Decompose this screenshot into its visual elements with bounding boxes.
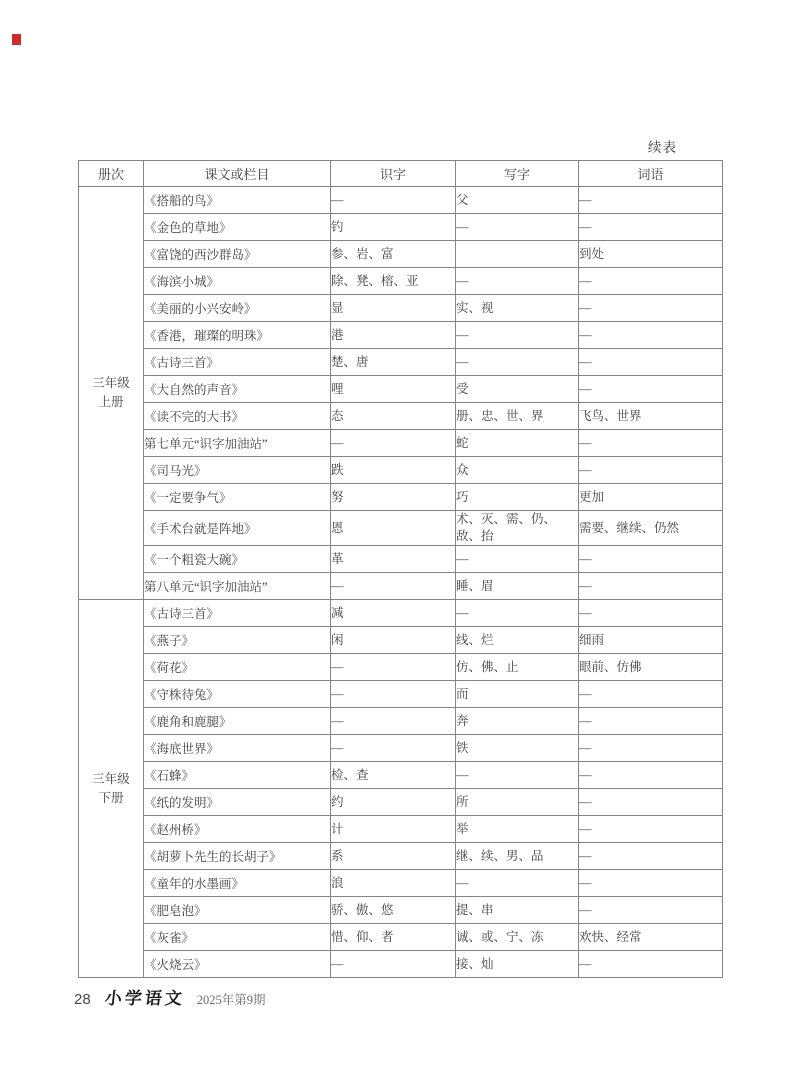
shizi-cell: 惜、仰、者 — [331, 924, 456, 951]
xiezi-cell: 奔 — [456, 708, 579, 735]
xiezi-cell: — — [456, 870, 579, 897]
ciyu-cell: — — [579, 214, 723, 241]
lesson-title-cell: 《大自然的声音》 — [144, 376, 331, 403]
shizi-cell: — — [331, 187, 456, 214]
shizi-cell: — — [331, 708, 456, 735]
lesson-title-cell: 《海底世界》 — [144, 735, 331, 762]
xiezi-cell: 睡、眉 — [456, 573, 579, 600]
ciyu-cell: — — [579, 457, 723, 484]
table-row: 《童年的水墨画》浪—— — [79, 870, 723, 897]
page-footer: 28 小学语文 2025年第9期 — [74, 984, 265, 1009]
shizi-cell: 骄、傲、悠 — [331, 897, 456, 924]
ciyu-cell: — — [579, 735, 723, 762]
xiezi-cell: 众 — [456, 457, 579, 484]
lesson-title-cell: 《石蜂》 — [144, 762, 331, 789]
ciyu-cell: — — [579, 789, 723, 816]
table-body: 三年级上册《搭船的鸟》—父—《金色的草地》钓——《富饶的西沙群岛》参、岩、富到处… — [79, 187, 723, 978]
xiezi-cell: 诚、或、宁、冻 — [456, 924, 579, 951]
lesson-title-cell: 《胡萝卜先生的长胡子》 — [144, 843, 331, 870]
shizi-cell: 跌 — [331, 457, 456, 484]
journal-issue: 2025年第9期 — [197, 990, 266, 1008]
shizi-cell: 显 — [331, 295, 456, 322]
table-row: 《古诗三首》楚、唐—— — [79, 349, 723, 376]
lesson-character-table: 册次课文或栏目识字写字词语 三年级上册《搭船的鸟》—父—《金色的草地》钓——《富… — [78, 160, 723, 978]
ciyu-cell: — — [579, 681, 723, 708]
shizi-cell: 闲 — [331, 627, 456, 654]
column-header-4: 词语 — [579, 161, 723, 187]
table-row: 《胡萝卜先生的长胡子》系继、续、男、品— — [79, 843, 723, 870]
lesson-title-cell: 《火烧云》 — [144, 951, 331, 978]
lesson-title-cell: 《燕子》 — [144, 627, 331, 654]
lesson-character-table-wrap: 册次课文或栏目识字写字词语 三年级上册《搭船的鸟》—父—《金色的草地》钓——《富… — [78, 160, 722, 978]
ciyu-cell: — — [579, 843, 723, 870]
xiezi-cell: 提、串 — [456, 897, 579, 924]
volume-line: 上册 — [79, 393, 143, 412]
lesson-title-cell: 《香港，璀璨的明珠》 — [144, 322, 331, 349]
shizi-cell: 港 — [331, 322, 456, 349]
xiezi-cell: 铁 — [456, 735, 579, 762]
shizi-cell: 态 — [331, 403, 456, 430]
table-row: 三年级下册《古诗三首》减—— — [79, 600, 723, 627]
table-row: 《纸的发明》约所— — [79, 789, 723, 816]
shizi-cell: 约 — [331, 789, 456, 816]
table-header-row: 册次课文或栏目识字写字词语 — [79, 161, 723, 187]
xiezi-cell — [456, 241, 579, 268]
table-row: 《金色的草地》钓—— — [79, 214, 723, 241]
shizi-cell: 系 — [331, 843, 456, 870]
shizi-cell: — — [331, 430, 456, 457]
lesson-title-cell: 《肥皂泡》 — [144, 897, 331, 924]
lesson-title-cell: 《鹿角和鹿腿》 — [144, 708, 331, 735]
xiezi-cell: 实、视 — [456, 295, 579, 322]
xiezi-cell: — — [456, 349, 579, 376]
ciyu-cell: — — [579, 268, 723, 295]
table-row: 《手术台就是阵地》恩术、灭、需、仍、敌、抬需要、继续、仍然 — [79, 511, 723, 546]
column-header-3: 写字 — [456, 161, 579, 187]
table-row: 《灰雀》惜、仰、者诚、或、宁、冻欢快、经常 — [79, 924, 723, 951]
lesson-title-cell: 《海滨小城》 — [144, 268, 331, 295]
continuation-table-label: 续表 — [648, 136, 677, 156]
shizi-cell: 楚、唐 — [331, 349, 456, 376]
table-row: 《火烧云》—接、灿— — [79, 951, 723, 978]
ciyu-cell: — — [579, 870, 723, 897]
lesson-title-cell: 《美丽的小兴安岭》 — [144, 295, 331, 322]
xiezi-cell: 父 — [456, 187, 579, 214]
shizi-cell: 减 — [331, 600, 456, 627]
ciyu-cell: 需要、继续、仍然 — [579, 511, 723, 546]
xiezi-cell: 仿、佛、止 — [456, 654, 579, 681]
shizi-cell: 除、凳、榕、亚 — [331, 268, 456, 295]
xiezi-cell: 继、续、男、品 — [456, 843, 579, 870]
xiezi-cell: 线、烂 — [456, 627, 579, 654]
xiezi-cell: 而 — [456, 681, 579, 708]
xiezi-cell: — — [456, 546, 579, 573]
ciyu-cell: 细雨 — [579, 627, 723, 654]
shizi-cell: 浪 — [331, 870, 456, 897]
ciyu-cell: — — [579, 897, 723, 924]
journal-page: 续表 册次课文或栏目识字写字词语 三年级上册《搭船的鸟》—父—《金色的草地》钓—… — [0, 0, 800, 1077]
column-header-0: 册次 — [79, 161, 144, 187]
lesson-title-cell: 《赵州桥》 — [144, 816, 331, 843]
shizi-cell: 钓 — [331, 214, 456, 241]
lesson-title-cell: 《富饶的西沙群岛》 — [144, 241, 331, 268]
journal-logo: 小学语文 — [103, 984, 186, 1009]
column-header-2: 识字 — [331, 161, 456, 187]
table-row: 《一定要争气》努巧更加 — [79, 484, 723, 511]
shizi-cell: 哩 — [331, 376, 456, 403]
ciyu-cell: — — [579, 187, 723, 214]
table-header: 册次课文或栏目识字写字词语 — [79, 161, 723, 187]
shizi-cell: 革 — [331, 546, 456, 573]
table-row: 《赵州桥》计举— — [79, 816, 723, 843]
ciyu-cell: — — [579, 951, 723, 978]
ciyu-cell: 眼前、仿佛 — [579, 654, 723, 681]
table-row: 《肥皂泡》骄、傲、悠提、串— — [79, 897, 723, 924]
table-row: 《石蜂》检、查—— — [79, 762, 723, 789]
volume-line: 三年级 — [79, 374, 143, 393]
xiezi-cell: — — [456, 762, 579, 789]
lesson-title-cell: 《司马光》 — [144, 457, 331, 484]
xiezi-cell: 举 — [456, 816, 579, 843]
shizi-cell: 计 — [331, 816, 456, 843]
shizi-cell: — — [331, 681, 456, 708]
table-row: 第七单元“识字加油站”—蛇— — [79, 430, 723, 457]
lesson-title-cell: 《一个粗瓷大碗》 — [144, 546, 331, 573]
table-row: 《美丽的小兴安岭》显实、视— — [79, 295, 723, 322]
shizi-cell: 努 — [331, 484, 456, 511]
column-header-1: 课文或栏目 — [144, 161, 331, 187]
ciyu-cell: — — [579, 546, 723, 573]
table-row: 第八单元“识字加油站”—睡、眉— — [79, 573, 723, 600]
xiezi-cell: — — [456, 600, 579, 627]
lesson-title-cell: 《守株待兔》 — [144, 681, 331, 708]
ciyu-cell: 更加 — [579, 484, 723, 511]
lesson-title-cell: 《手术台就是阵地》 — [144, 511, 331, 546]
xiezi-cell: 术、灭、需、仍、敌、抬 — [456, 511, 579, 546]
shizi-cell: 检、查 — [331, 762, 456, 789]
lesson-title-cell: 《荷花》 — [144, 654, 331, 681]
lesson-title-cell: 《读不完的大书》 — [144, 403, 331, 430]
ciyu-cell: 到处 — [579, 241, 723, 268]
lesson-title-cell: 《一定要争气》 — [144, 484, 331, 511]
shizi-cell: — — [331, 735, 456, 762]
ciyu-cell: — — [579, 816, 723, 843]
volume-line: 三年级 — [79, 770, 143, 789]
table-row: 《海滨小城》除、凳、榕、亚—— — [79, 268, 723, 295]
lesson-title-cell: 《搭船的鸟》 — [144, 187, 331, 214]
lesson-title-cell: 《金色的草地》 — [144, 214, 331, 241]
lesson-title-cell: 第八单元“识字加油站” — [144, 573, 331, 600]
ciyu-cell: — — [579, 762, 723, 789]
xiezi-cell: — — [456, 322, 579, 349]
xiezi-cell: 册、忠、世、界 — [456, 403, 579, 430]
table-row: 《司马光》跌众— — [79, 457, 723, 484]
ciyu-cell: — — [579, 600, 723, 627]
table-row: 三年级上册《搭船的鸟》—父— — [79, 187, 723, 214]
table-row: 《荷花》—仿、佛、止眼前、仿佛 — [79, 654, 723, 681]
xiezi-cell: 接、灿 — [456, 951, 579, 978]
lesson-title-cell: 《灰雀》 — [144, 924, 331, 951]
ciyu-cell: 飞鸟、世界 — [579, 403, 723, 430]
ciyu-cell: — — [579, 573, 723, 600]
xiezi-cell: 蛇 — [456, 430, 579, 457]
table-row: 《一个粗瓷大碗》革—— — [79, 546, 723, 573]
red-corner-mark — [12, 34, 21, 45]
xiezi-cell: — — [456, 214, 579, 241]
xiezi-cell: 巧 — [456, 484, 579, 511]
xiezi-cell: 所 — [456, 789, 579, 816]
table-row: 《守株待兔》—而— — [79, 681, 723, 708]
volume-cell-1: 三年级下册 — [79, 600, 144, 978]
ciyu-cell: — — [579, 295, 723, 322]
table-row: 《大自然的声音》哩受— — [79, 376, 723, 403]
ciyu-cell: — — [579, 349, 723, 376]
table-row: 《海底世界》—铁— — [79, 735, 723, 762]
ciyu-cell: — — [579, 322, 723, 349]
lesson-title-cell: 第七单元“识字加油站” — [144, 430, 331, 457]
shizi-cell: 参、岩、富 — [331, 241, 456, 268]
volume-line: 下册 — [79, 789, 143, 808]
table-row: 《鹿角和鹿腿》—奔— — [79, 708, 723, 735]
table-row: 《燕子》闲线、烂细雨 — [79, 627, 723, 654]
table-row: 《富饶的西沙群岛》参、岩、富到处 — [79, 241, 723, 268]
xiezi-cell: — — [456, 268, 579, 295]
ciyu-cell: — — [579, 376, 723, 403]
ciyu-cell: — — [579, 430, 723, 457]
lesson-title-cell: 《古诗三首》 — [144, 349, 331, 376]
shizi-cell: — — [331, 573, 456, 600]
table-row: 《香港，璀璨的明珠》港—— — [79, 322, 723, 349]
volume-cell-0: 三年级上册 — [79, 187, 144, 600]
lesson-title-cell: 《纸的发明》 — [144, 789, 331, 816]
lesson-title-cell: 《古诗三首》 — [144, 600, 331, 627]
shizi-cell: — — [331, 654, 456, 681]
shizi-cell: — — [331, 951, 456, 978]
shizi-cell: 恩 — [331, 511, 456, 546]
ciyu-cell: 欢快、经常 — [579, 924, 723, 951]
xiezi-cell: 受 — [456, 376, 579, 403]
ciyu-cell: — — [579, 708, 723, 735]
page-number: 28 — [74, 991, 91, 1008]
lesson-title-cell: 《童年的水墨画》 — [144, 870, 331, 897]
table-row: 《读不完的大书》态册、忠、世、界飞鸟、世界 — [79, 403, 723, 430]
